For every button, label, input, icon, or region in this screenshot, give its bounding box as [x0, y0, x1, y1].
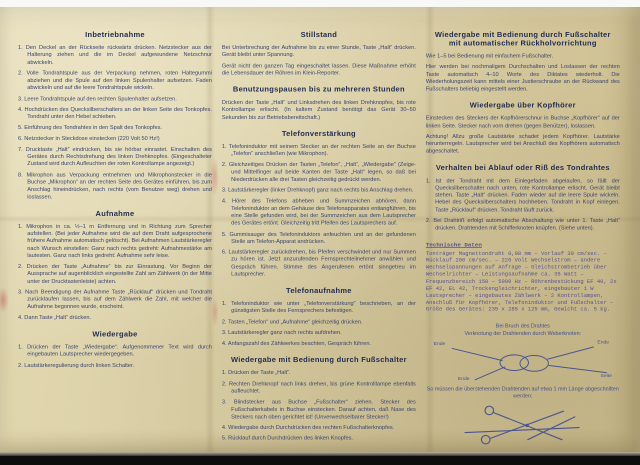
- paragraph: Bei Unterbrechung der Aufnahme bis zu ei…: [222, 44, 416, 59]
- section-title-kopfhoerer: Wiedergabe über Kopfhörer: [426, 101, 620, 110]
- paragraph: Wie 1–5 bei Bedienung mit einfachem Fußs…: [426, 53, 620, 60]
- instruction-item: 1. Ist der Tondraht mit dem Einlegefaden…: [426, 177, 620, 214]
- instruction-item: 1. Den Deckel an der Rückseite rückwärts…: [18, 44, 212, 66]
- section-title-tondraht-riss: Verhalten bei Ablauf oder Riß des Tondra…: [426, 164, 620, 173]
- scanned-instruction-sheet: { "left": { "s1": { "title": "Inbetriebn…: [0, 0, 640, 465]
- technical-data-title: Technische Daten: [426, 242, 620, 248]
- knot-diagram-section: Bei Bruch des Drahtes Verknotung der Dra…: [426, 323, 620, 445]
- instruction-item: 3. Lautstärkeregler ganz nach rechts auf…: [222, 329, 416, 336]
- instruction-item: 5. Einführung des Tondrahtes in den Spal…: [18, 124, 212, 131]
- knot-label-end: Ende: [458, 376, 470, 381]
- instruction-item: 3. Blindstecker aus Buchse „Fußschalter“…: [222, 399, 416, 421]
- instruction-item: 5. Rücklauf durch Durchdrücken des linke…: [222, 435, 416, 442]
- instruction-item: 3. Nach Beendigung der Aufnahme Taste „R…: [18, 288, 212, 310]
- instruction-item: 6. Lautstärkeregler zurückdrehen, bis Pf…: [222, 249, 416, 278]
- section-title-telefonverstaerkung: Telefonverstärkung: [222, 129, 416, 138]
- instruction-item: 4. Dann Taste „Halt“ drücken.: [18, 314, 212, 321]
- instruction-item: 2. Gleichzeitiges Drücken der Tasten „Te…: [222, 161, 416, 183]
- paragraph: Gerät nicht den ganzen Tag eingeschaltet…: [222, 62, 416, 77]
- section-title-wiedergabe: Wiedergabe: [18, 330, 212, 339]
- knot-label-side: Seite: [601, 373, 612, 378]
- knot-caption-line2: Verknotung der Drahtenden durch Weberkno…: [426, 330, 620, 337]
- instruction-item: 2. Volle Tondrahtspule aus der Verpackun…: [18, 69, 212, 91]
- column-middle: Stillstand Bei Unterbrechung der Aufnahm…: [222, 29, 416, 446]
- scanner-background-bottom: [0, 456, 640, 465]
- red-ink-smudge: [0, 287, 9, 313]
- scissors-caption: So müssen die überstehenden Drahtenden a…: [426, 385, 620, 399]
- technical-data-body: Tonträger Magnettondraht 0,08 mm – Vorla…: [426, 251, 620, 314]
- instruction-item: 1. Telefoninduktor wie unter „Telefonver…: [222, 300, 416, 315]
- instruction-item: 6. Netzstecker in Steckdose einstecken (…: [18, 135, 212, 142]
- section-title-stillstand: Stillstand: [222, 30, 416, 39]
- instruction-item: 5. Gummisauger des Telefoninduktors anfe…: [222, 230, 416, 245]
- title-line-1: Wiedergabe mit Bedienung durch Fußschalt…: [435, 30, 611, 39]
- section-title-telefonaufnahme: Telefonaufnahme: [222, 286, 416, 295]
- column-right: Wiedergabe mit Bedienung durch Fußschalt…: [426, 29, 620, 446]
- section-title-benutzungspausen: Benutzungspausen bis zu mehreren Stunden: [222, 85, 416, 94]
- instruction-item: 7. Drucktaste „Halt“ eindrücken, bis sie…: [18, 146, 212, 168]
- instruction-item: 8. Mikrophon aus Verpackung entnehmen un…: [18, 171, 212, 200]
- technical-data-block: Technische Daten Tonträger Magnettondrah…: [426, 242, 620, 315]
- instruction-item: 1. Drücken der Taste „Wiedergabe“. Aufge…: [18, 343, 212, 358]
- instruction-item: 2. Lautstärkeregulierung durch linken Sc…: [18, 362, 212, 369]
- instruction-item: 2. Bei Drahtriß erfolgt automatische Abs…: [426, 217, 620, 232]
- paragraph: Drücken der Taste „Halt“ und Linksdrehen…: [222, 99, 416, 121]
- instruction-item: 4. Hochdrücken des Quecksilberschalters …: [18, 106, 212, 121]
- section-title-inbetriebnahme: Inbetriebnahme: [18, 30, 212, 39]
- column-left: Inbetriebnahme 1. Den Deckel an der Rück…: [18, 29, 212, 446]
- knot-label-end: Ende: [434, 341, 446, 346]
- paper-sheet: Inbetriebnahme 1. Den Deckel an der Rück…: [0, 7, 640, 454]
- instruction-item: 1. Mikrophon in ca. ½–1 m Entfernung und…: [18, 223, 212, 260]
- title-line-2: mit automatischer Rückholvorrichtung: [449, 39, 597, 48]
- knot-label-end: Ende: [597, 340, 609, 345]
- paragraph: Achtung! Allzu große Lautstärke schadet …: [426, 133, 620, 155]
- document-content: Inbetriebnahme 1. Den Deckel an der Rück…: [18, 29, 623, 446]
- section-title-fussschalter-rueckhol: Wiedergabe mit Bedienung durch Fußschalt…: [426, 30, 620, 47]
- instruction-item: 4. Wiedergabe durch Durchdrücken des rec…: [222, 424, 416, 431]
- section-title-aufnahme: Aufnahme: [18, 209, 212, 218]
- weaver-knot-illustration: Ende Ende Ende Seite: [434, 340, 612, 386]
- paragraph: Hier werden bei nochmaligem Durchschalte…: [426, 63, 620, 92]
- instruction-item: 2. Rechten Drehknopf nach links drehen, …: [222, 380, 416, 395]
- knot-caption-line1: Bei Bruch des Drahtes: [426, 323, 620, 330]
- instruction-item: 3. Leere Tondrahtspule auf den rechten S…: [18, 95, 212, 102]
- instruction-item: 2. Drücken der Taste „Aufnahme“ bis zur …: [18, 263, 212, 285]
- paragraph: Einstecken des Steckers der Kopfhörersch…: [426, 115, 620, 130]
- instruction-item: 4. Hörer des Telefons abheben und Summze…: [222, 198, 416, 227]
- scissors-icon: [462, 404, 583, 445]
- instruction-item: 3. Lautstärkeregler (linker Drehknopf) g…: [222, 187, 416, 194]
- instruction-item: 1. Drücken der Taste „Halt“.: [222, 369, 416, 376]
- section-title-fussschalter: Wiedergabe mit Bedienung durch Fußschalt…: [222, 356, 416, 365]
- instruction-item: 4. Anfangszahl des Zählwerkes beachten, …: [222, 340, 416, 347]
- instruction-item: 1. Telefoninduktor mit seinem Stecker an…: [222, 143, 416, 158]
- scissors-illustration: [462, 404, 583, 445]
- instruction-item: 2. Tasten „Telefon“ und „Aufnahme“ gleic…: [222, 318, 416, 325]
